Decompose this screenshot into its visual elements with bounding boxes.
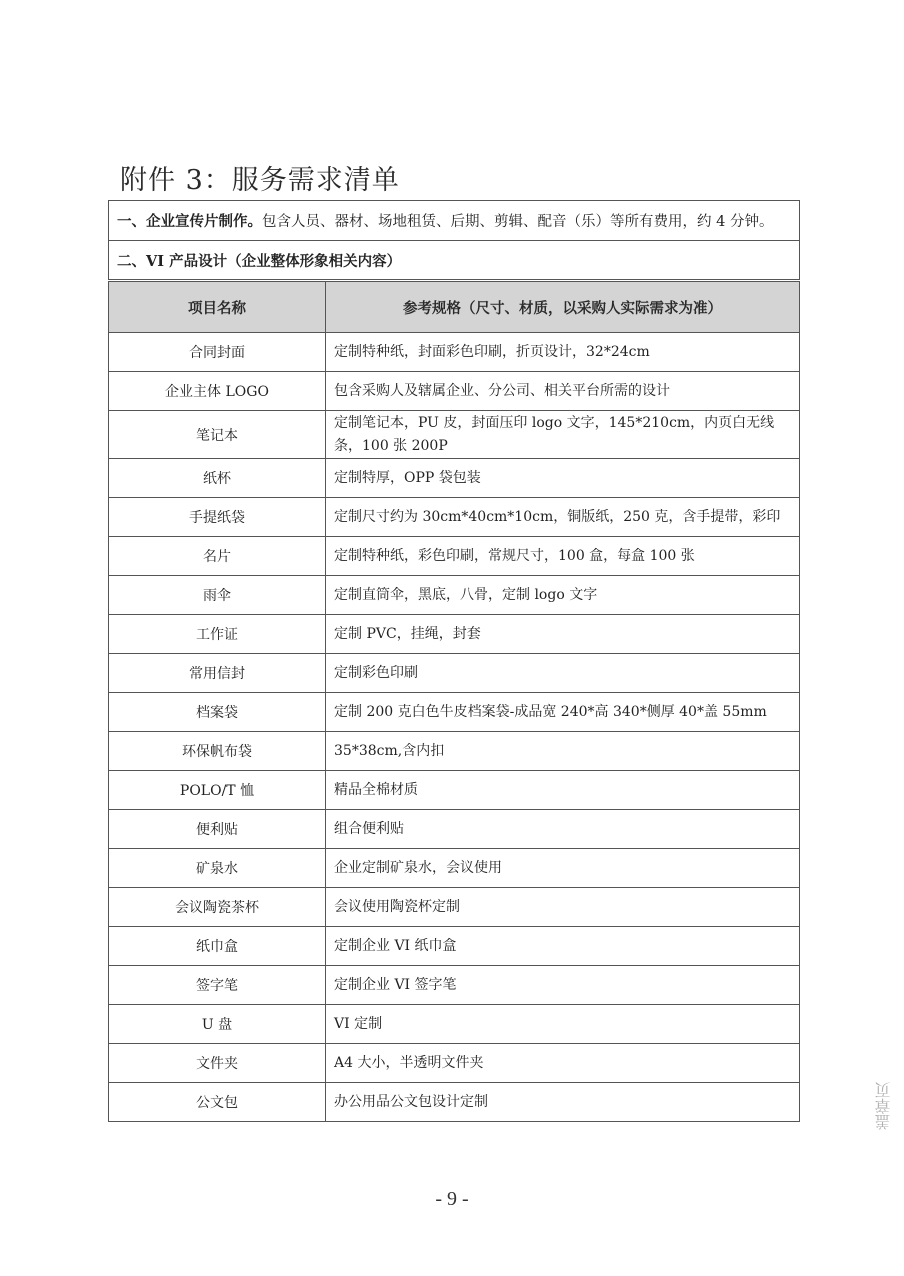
header-item-name: 项目名称 bbox=[109, 282, 326, 333]
table-row: 纸杯定制特厚，OPP 袋包装 bbox=[109, 459, 800, 498]
table-row: 雨伞定制直筒伞，黑底，八骨，定制 logo 文字 bbox=[109, 576, 800, 615]
table-row: 环保帆布袋35*38cm,含内扣 bbox=[109, 732, 800, 771]
table-row: U 盘VI 定制 bbox=[109, 1005, 800, 1044]
item-name-cell: 笔记本 bbox=[109, 411, 326, 459]
item-name-cell: 纸杯 bbox=[109, 459, 326, 498]
table-row: 公文包办公用品公文包设计定制 bbox=[109, 1083, 800, 1122]
table-row: 合同封面定制特种纸，封面彩色印刷，折页设计，32*24cm bbox=[109, 333, 800, 372]
item-name-cell: 名片 bbox=[109, 537, 326, 576]
table-row: 企业主体 LOGO包含采购人及辖属企业、分公司、相关平台所需的设计 bbox=[109, 372, 800, 411]
item-spec-cell: VI 定制 bbox=[326, 1005, 800, 1044]
item-spec-cell: 定制特种纸，彩色印刷，常规尺寸，100 盒，每盒 100 张 bbox=[326, 537, 800, 576]
table-row: 档案袋定制 200 克白色牛皮档案袋-成品宽 240*高 340*侧厚 40*盖… bbox=[109, 693, 800, 732]
item-spec-cell: 精品全棉材质 bbox=[326, 771, 800, 810]
item-spec-cell: 会议使用陶瓷杯定制 bbox=[326, 888, 800, 927]
item-spec-cell: 包含采购人及辖属企业、分公司、相关平台所需的设计 bbox=[326, 372, 800, 411]
table-row: 手提纸袋定制尺寸约为 30cm*40cm*10cm，铜版纸，250 克，含手提带… bbox=[109, 498, 800, 537]
item-spec-cell: 定制企业 VI 签字笔 bbox=[326, 966, 800, 1005]
table-body: 合同封面定制特种纸，封面彩色印刷，折页设计，32*24cm企业主体 LOGO包含… bbox=[109, 333, 800, 1122]
item-spec-cell: 定制笔记本，PU 皮，封面压印 logo 文字，145*210cm，内页白无线条… bbox=[326, 411, 800, 459]
item-name-cell: 文件夹 bbox=[109, 1044, 326, 1083]
table-row: 名片定制特种纸，彩色印刷，常规尺寸，100 盒，每盒 100 张 bbox=[109, 537, 800, 576]
item-spec-cell: 企业定制矿泉水，会议使用 bbox=[326, 849, 800, 888]
item-spec-cell: 定制 PVC，挂绳，封套 bbox=[326, 615, 800, 654]
table-row: 签字笔定制企业 VI 签字笔 bbox=[109, 966, 800, 1005]
table-row: 文件夹A4 大小，半透明文件夹 bbox=[109, 1044, 800, 1083]
table-row: 笔记本定制笔记本，PU 皮，封面压印 logo 文字，145*210cm，内页白… bbox=[109, 411, 800, 459]
section-2-label: 二、VI 产品设计（企业整体形象相关内容） bbox=[117, 250, 401, 271]
item-name-cell: 矿泉水 bbox=[109, 849, 326, 888]
table-header-row: 项目名称 参考规格（尺寸、材质，以采购人实际需求为准） bbox=[109, 282, 800, 333]
page-number: - 9 - bbox=[0, 1188, 904, 1211]
item-name-cell: U 盘 bbox=[109, 1005, 326, 1044]
item-name-cell: 企业主体 LOGO bbox=[109, 372, 326, 411]
item-name-cell: POLO/T 恤 bbox=[109, 771, 326, 810]
table-row: 纸巾盒定制企业 VI 纸巾盒 bbox=[109, 927, 800, 966]
section-1-row: 一、企业宣传片制作。 包含人员、器材、场地租赁、后期、剪辑、配音（乐）等所有费用… bbox=[109, 201, 799, 240]
item-spec-cell: A4 大小，半透明文件夹 bbox=[326, 1044, 800, 1083]
item-name-cell: 工作证 bbox=[109, 615, 326, 654]
section-1-label: 一、企业宣传片制作。 bbox=[117, 210, 262, 231]
item-spec-cell: 定制企业 VI 纸巾盒 bbox=[326, 927, 800, 966]
item-spec-cell: 定制彩色印刷 bbox=[326, 654, 800, 693]
item-spec-cell: 定制尺寸约为 30cm*40cm*10cm，铜版纸，250 克，含手提带，彩印 bbox=[326, 498, 800, 537]
item-name-cell: 雨伞 bbox=[109, 576, 326, 615]
section-1-text: 包含人员、器材、场地租赁、后期、剪辑、配音（乐）等所有费用，约 4 分钟。 bbox=[262, 210, 773, 231]
item-name-cell: 签字笔 bbox=[109, 966, 326, 1005]
item-name-cell: 合同封面 bbox=[109, 333, 326, 372]
item-spec-cell: 定制特种纸，封面彩色印刷，折页设计，32*24cm bbox=[326, 333, 800, 372]
item-spec-cell: 组合便利贴 bbox=[326, 810, 800, 849]
item-spec-cell: 办公用品公文包设计定制 bbox=[326, 1083, 800, 1122]
item-name-cell: 会议陶瓷茶杯 bbox=[109, 888, 326, 927]
item-name-cell: 纸巾盒 bbox=[109, 927, 326, 966]
item-spec-cell: 定制直筒伞，黑底，八骨，定制 logo 文字 bbox=[326, 576, 800, 615]
table-row: POLO/T 恤精品全棉材质 bbox=[109, 771, 800, 810]
spec-table: 项目名称 参考规格（尺寸、材质，以采购人实际需求为准） 合同封面定制特种纸，封面… bbox=[108, 281, 800, 1122]
header-spec: 参考规格（尺寸、材质，以采购人实际需求为准） bbox=[326, 282, 800, 333]
table-row: 工作证定制 PVC，挂绳，封套 bbox=[109, 615, 800, 654]
item-name-cell: 公文包 bbox=[109, 1083, 326, 1122]
page-title: 附件 3：服务需求清单 bbox=[120, 158, 400, 197]
item-name-cell: 档案袋 bbox=[109, 693, 326, 732]
item-name-cell: 环保帆布袋 bbox=[109, 732, 326, 771]
item-name-cell: 便利贴 bbox=[109, 810, 326, 849]
item-spec-cell: 定制特厚，OPP 袋包装 bbox=[326, 459, 800, 498]
table-row: 便利贴组合便利贴 bbox=[109, 810, 800, 849]
item-spec-cell: 35*38cm,含内扣 bbox=[326, 732, 800, 771]
section-2-row: 二、VI 产品设计（企业整体形象相关内容） bbox=[109, 240, 799, 279]
section-box: 一、企业宣传片制作。 包含人员、器材、场地租赁、后期、剪辑、配音（乐）等所有费用… bbox=[108, 200, 800, 280]
item-name-cell: 手提纸袋 bbox=[109, 498, 326, 537]
table-row: 矿泉水企业定制矿泉水，会议使用 bbox=[109, 849, 800, 888]
item-name-cell: 常用信封 bbox=[109, 654, 326, 693]
item-spec-cell: 定制 200 克白色牛皮档案袋-成品宽 240*高 340*侧厚 40*盖 55… bbox=[326, 693, 800, 732]
table-row: 常用信封定制彩色印刷 bbox=[109, 654, 800, 693]
table-row: 会议陶瓷茶杯会议使用陶瓷杯定制 bbox=[109, 888, 800, 927]
side-stamp-mark: 盖章页 bbox=[872, 950, 894, 1130]
